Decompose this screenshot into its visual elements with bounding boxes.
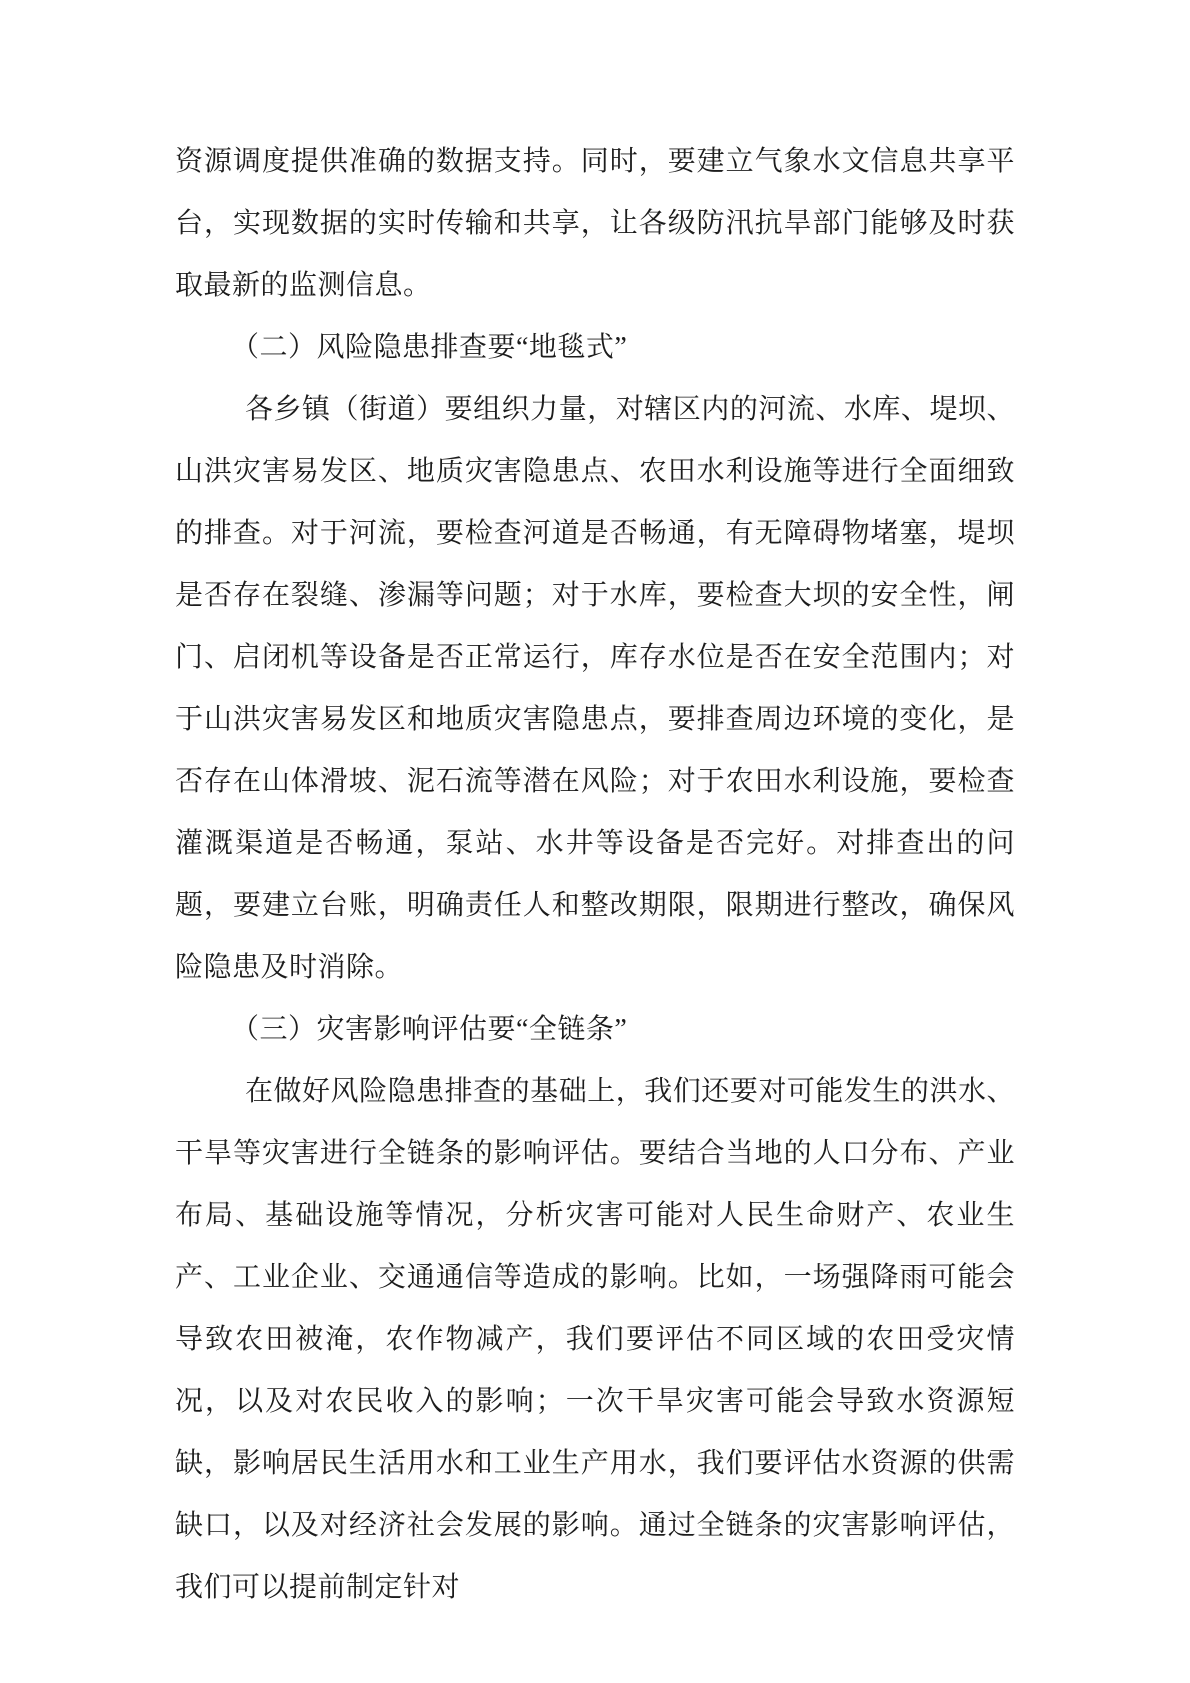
paragraph: 在做好风险隐患排查的基础上，我们还要对可能发生的洪水、干旱等灾害进行全链条的影响… <box>175 1061 1015 1619</box>
paragraph: 资源调度提供准确的数据支持。同时，要建立气象水文信息共享平台，实现数据的实时传输… <box>175 131 1015 317</box>
section-heading: （二）风险隐患排查要“地毯式” <box>175 317 1015 379</box>
paragraph: 各乡镇（街道）要组织力量，对辖区内的河流、水库、堤坝、山洪灾害易发区、地质灾害隐… <box>175 379 1015 999</box>
document-page: 资源调度提供准确的数据支持。同时，要建立气象水文信息共享平台，实现数据的实时传输… <box>0 0 1190 1683</box>
document-body: 资源调度提供准确的数据支持。同时，要建立气象水文信息共享平台，实现数据的实时传输… <box>175 131 1015 1619</box>
section-heading: （三）灾害影响评估要“全链条” <box>175 999 1015 1061</box>
